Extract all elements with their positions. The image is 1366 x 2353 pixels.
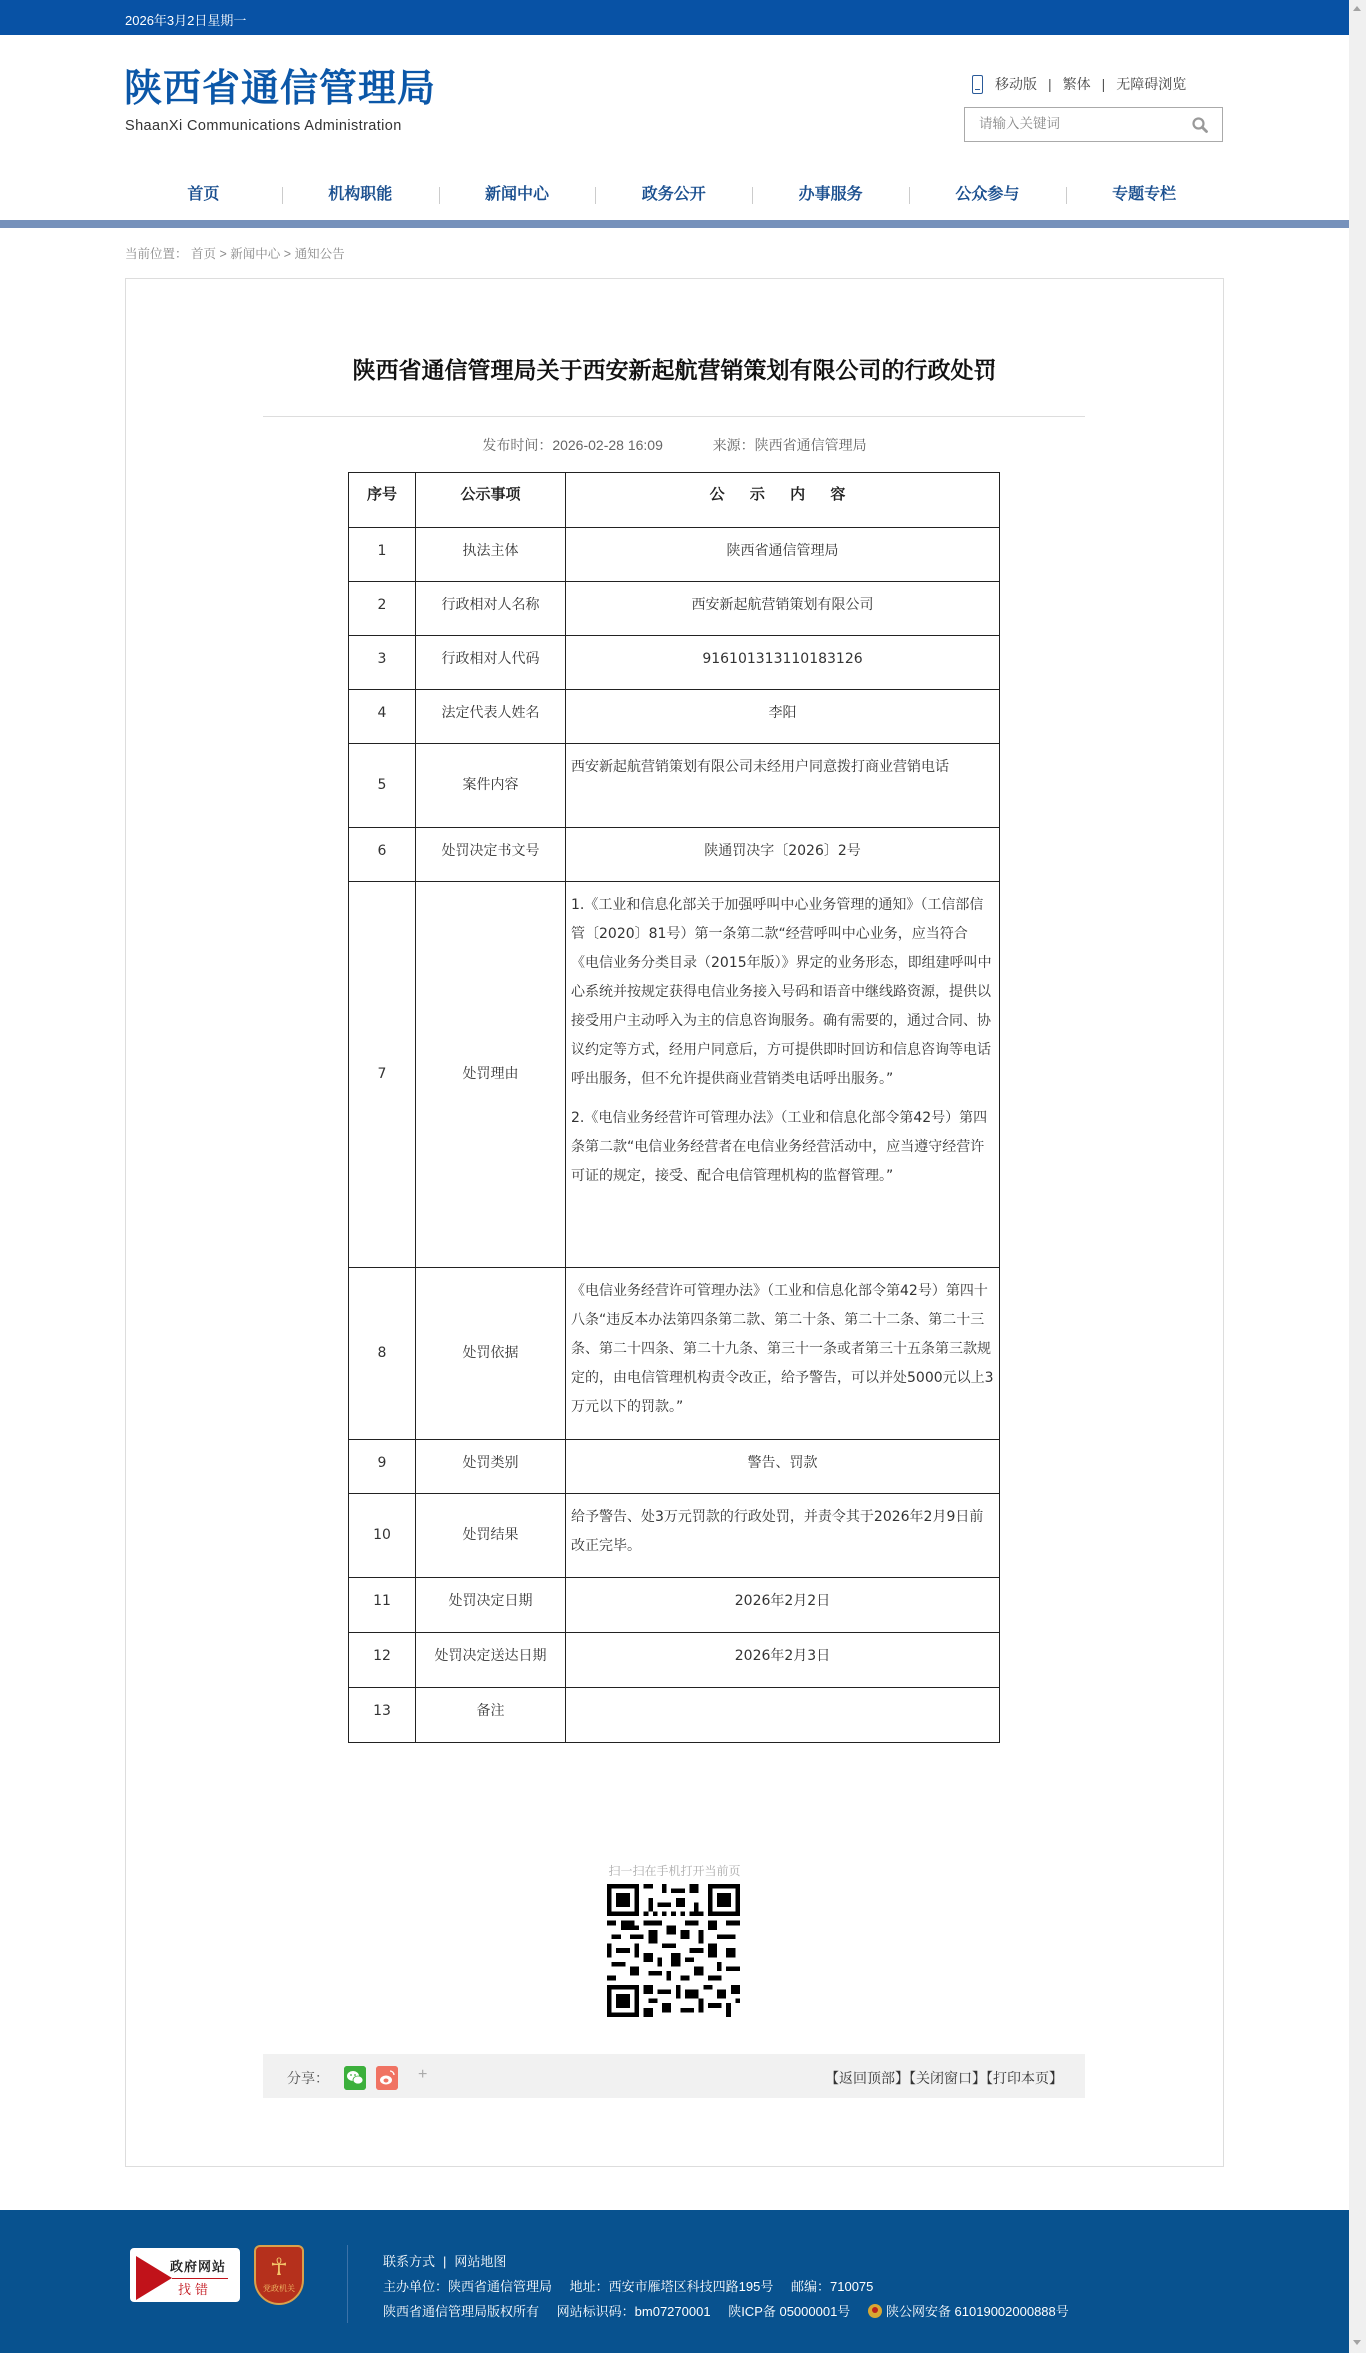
search-icon[interactable] [1192,117,1208,133]
row-content: 西安新起航营销策划有限公司 [566,582,1000,636]
row-no: 4 [349,690,416,744]
row-content: 警告、罚款 [566,1440,1000,1494]
row-item: 执法主体 [416,528,566,582]
more-share-button[interactable]: + [418,2066,427,2084]
qr-code-image [607,1884,740,2017]
mobile-phone-icon [972,75,983,94]
row-item: 法定代表人姓名 [416,690,566,744]
breadcrumb-home[interactable]: 首页 [191,247,216,261]
nav-item-services[interactable]: 办事服务 [752,180,909,210]
table-row: 4 法定代表人姓名 李阳 [349,690,1000,744]
table-row: 9 处罚类别 警告、罚款 [349,1440,1000,1494]
nav-underline-bar [0,220,1349,228]
row-content: 给予警告、处3万元罚款的行政处罚，并责令其于2026年2月9日前改正完毕。 [566,1494,1000,1578]
row-content: 2026年2月3日 [566,1633,1000,1688]
penalty-table: 序号 公示事项 公 示 内 容 1 执法主体 陕西省通信管理局 2 行政相对人名… [348,472,1000,1743]
table-row: 10 处罚结果 给予警告、处3万元罚款的行政处罚，并责令其于2026年2月9日前… [349,1494,1000,1578]
host-value: 陕西省通信管理局 [448,2279,552,2294]
row-content: 李阳 [566,690,1000,744]
nav-item-functions[interactable]: 机构职能 [282,180,439,210]
police-emblem-icon [868,2304,882,2318]
row-no: 2 [349,582,416,636]
table-row: 13 备注 [349,1688,1000,1743]
weibo-icon[interactable] [376,2066,398,2090]
table-row: 1 执法主体 陕西省通信管理局 [349,528,1000,582]
row-content: 916101313110183126 [566,636,1000,690]
footer-divider [347,2245,348,2323]
row-no: 11 [349,1578,416,1633]
breadcrumb-prefix: 当前位置： [125,247,188,261]
party-gov-organ-badge[interactable]: ☥ 党政机关 [254,2245,304,2305]
nav-item-home[interactable]: 首页 [125,180,282,210]
publish-time: 2026-02-28 16:09 [552,437,663,453]
separator: | [1048,76,1052,92]
breadcrumb: 当前位置： 首页 > 新闻中心 > 通知公告 [125,244,345,262]
scroll-down-arrow-icon[interactable] [1353,2340,1361,2345]
reason-paragraph-1: 1.《工业和信息化部关于加强呼叫中心业务管理的通知》（工信部信管〔2020〕81… [571,891,994,1094]
row-content: 陕通罚决字〔2026〕2号 [566,828,1000,882]
top-bar: 2026年3月2日星期一 [0,0,1349,35]
separator: | [1102,76,1106,92]
publish-label: 发布时间： [482,437,552,453]
table-row: 8 处罚依据 《电信业务经营许可管理办法》（工业和信息化部令第42号）第四十八条… [349,1268,1000,1440]
row-no: 8 [349,1268,416,1440]
site-subtitle: ShaanXi Communications Administration [125,118,402,134]
title-divider [263,416,1085,417]
row-item: 处罚理由 [416,882,566,1268]
col-header-item: 公示事项 [416,473,566,528]
site-title[interactable]: 陕西省通信管理局 [124,66,436,112]
row-no: 6 [349,828,416,882]
table-row: 12 处罚决定送达日期 2026年2月3日 [349,1633,1000,1688]
breadcrumb-separator: > [284,247,295,261]
col-header-content: 公 示 内 容 [566,473,1000,528]
table-row: 11 处罚决定日期 2026年2月2日 [349,1578,1000,1633]
row-no: 1 [349,528,416,582]
search-input[interactable] [979,116,1179,131]
badge-text: 党政机关 [256,2283,302,2294]
row-item: 行政相对人名称 [416,582,566,636]
article-title: 陕西省通信管理局关于西安新起航营销策划有限公司的行政处罚 [0,352,1349,385]
row-content: 《电信业务经营许可管理办法》（工业和信息化部令第42号）第四十八条“违反本办法第… [566,1268,1000,1440]
row-content: 西安新起航营销策划有限公司未经用户同意拨打商业营销电话 [566,744,1000,828]
row-item: 处罚决定送达日期 [416,1633,566,1688]
nav-item-participation[interactable]: 公众参与 [909,180,1066,210]
row-item: 备注 [416,1688,566,1743]
breadcrumb-news[interactable]: 新闻中心 [230,247,280,261]
row-content [566,1688,1000,1743]
source-label: 来源： [713,437,755,453]
table-row: 6 处罚决定书文号 陕通罚决字〔2026〕2号 [349,828,1000,882]
separator: | [443,2254,446,2269]
contact-link[interactable]: 联系方式 [383,2254,435,2269]
footer-info: 联系方式|网站地图 主办单位：陕西省通信管理局 地址：西安市雁塔区科技四路195… [383,2249,1069,2324]
magnifier-flag-icon [136,2256,172,2300]
row-item: 处罚结果 [416,1494,566,1578]
nav-item-gov-affairs[interactable]: 政务公开 [595,180,752,210]
accessibility-link[interactable]: 无障碍浏览 [1116,74,1186,94]
nav-item-topics[interactable]: 专题专栏 [1066,180,1223,210]
vertical-scrollbar[interactable] [1349,0,1366,2353]
site-id-label: 网站标识码： [557,2304,635,2319]
postcode-label: 邮编： [791,2279,830,2294]
row-item: 处罚决定书文号 [416,828,566,882]
row-item: 处罚类别 [416,1440,566,1494]
badge-line-2: 找错 [172,2278,228,2298]
qr-caption: 扫一扫在手机打开当前页 [0,1862,1349,1879]
address-label: 地址： [570,2279,609,2294]
emblem-icon: ☥ [256,2253,302,2282]
article-meta: 发布时间：2026-02-28 16:09 来源：陕西省通信管理局 [0,435,1349,455]
row-content: 2026年2月2日 [566,1578,1000,1633]
row-no: 13 [349,1688,416,1743]
mobile-version-link[interactable]: 移动版 [995,74,1037,94]
table-header-row: 序号 公示事项 公 示 内 容 [349,473,1000,528]
share-label: 分享： [287,2068,329,2088]
breadcrumb-notices[interactable]: 通知公告 [295,247,345,261]
row-content: 陕西省通信管理局 [566,528,1000,582]
current-date: 2026年3月2日星期一 [125,10,246,29]
breadcrumb-separator: > [220,247,231,261]
sitemap-link[interactable]: 网站地图 [454,2254,506,2269]
row-no: 9 [349,1440,416,1494]
gov-site-error-report-badge[interactable]: 政府网站 找错 [130,2248,240,2302]
table-row: 3 行政相对人代码 916101313110183126 [349,636,1000,690]
main-nav: 首页 机构职能 新闻中心 政务公开 办事服务 公众参与 专题专栏 [125,180,1223,210]
page: 2026年3月2日星期一 陕西省通信管理局 ShaanXi Communicat… [0,0,1349,2353]
table-row: 5 案件内容 西安新起航营销策划有限公司未经用户同意拨打商业营销电话 [349,744,1000,828]
back-to-top-link[interactable]: 【返回顶部】 [825,2070,909,2086]
row-item: 处罚决定日期 [416,1578,566,1633]
row-no: 12 [349,1633,416,1688]
host-label: 主办单位： [383,2279,448,2294]
scroll-up-arrow-icon[interactable] [1353,6,1361,11]
table-row: 2 行政相对人名称 西安新起航营销策划有限公司 [349,582,1000,636]
row-item: 行政相对人代码 [416,636,566,690]
col-header-no: 序号 [349,473,416,528]
police-record-link[interactable]: 陕公网安备 61019002000888号 [886,2304,1069,2319]
row-no: 7 [349,882,416,1268]
icp-link[interactable]: 陕ICP备 05000001号 [728,2304,850,2319]
wechat-icon[interactable] [344,2066,366,2090]
row-item: 案件内容 [416,744,566,828]
copyright: 陕西省通信管理局版权所有 [383,2304,539,2319]
row-no: 3 [349,636,416,690]
row-no: 5 [349,744,416,828]
row-item: 处罚依据 [416,1268,566,1440]
site-id-value: bm07270001 [635,2304,711,2319]
reason-paragraph-2: 2.《电信业务经营许可管理办法》（工业和信息化部令第42号）第四条第二款“电信业… [571,1104,994,1191]
page-actions: 【返回顶部】【关闭窗口】【打印本页】 [825,2068,1063,2088]
row-content: 1.《工业和信息化部关于加强呼叫中心业务管理的通知》（工信部信管〔2020〕81… [566,882,1000,1268]
share-bar: 分享： + 【返回顶部】【关闭窗口】【打印本页】 [263,2054,1085,2098]
table-row: 7 处罚理由 1.《工业和信息化部关于加强呼叫中心业务管理的通知》（工信部信管〔… [349,882,1000,1268]
nav-item-news[interactable]: 新闻中心 [439,180,596,210]
close-window-link[interactable]: 【关闭窗口】 [909,2070,986,2086]
source-value: 陕西省通信管理局 [755,437,867,453]
search-box [964,107,1223,142]
row-no: 10 [349,1494,416,1578]
print-page-link[interactable]: 【打印本页】 [986,2070,1063,2086]
postcode-value: 710075 [830,2279,873,2294]
address-value: 西安市雁塔区科技四路195号 [609,2279,774,2294]
header-links: 移动版 | 繁体 | 无障碍浏览 [972,74,1186,94]
traditional-chinese-link[interactable]: 繁体 [1063,74,1091,94]
badge-line-1: 政府网站 [170,2256,226,2275]
